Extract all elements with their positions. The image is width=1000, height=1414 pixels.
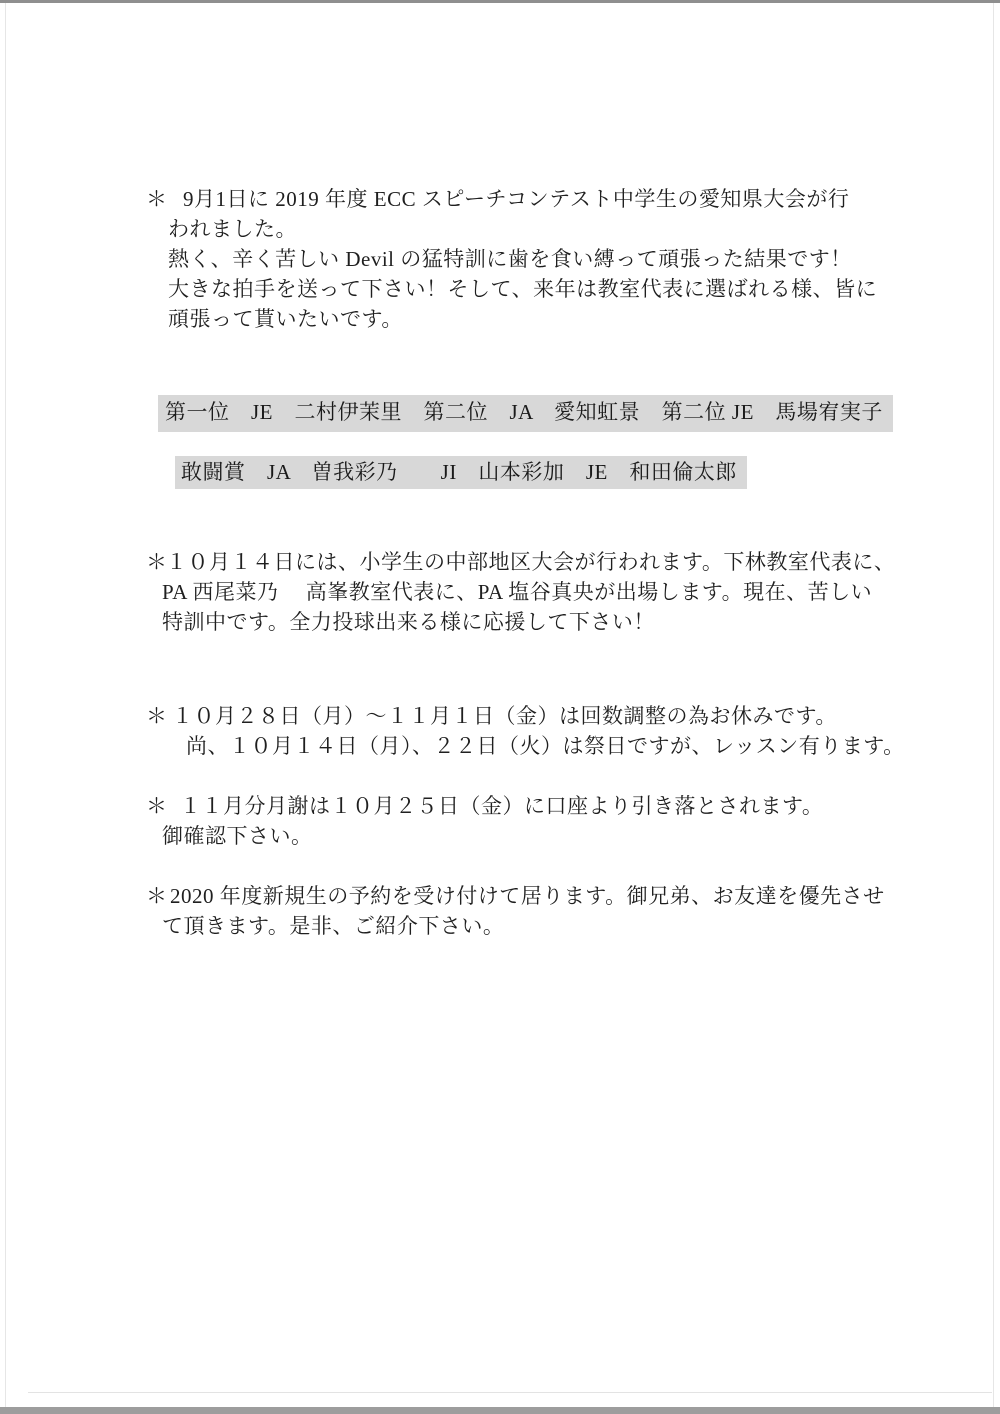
paragraph-line: 2020 年度新規生の予約を受け付けて居ります。御兄弟、お友達を優先させ xyxy=(170,881,1000,911)
scan-hairline-bottom xyxy=(28,1392,992,1393)
paragraph-line: 大きな拍手を送って下さい！そして、来年は教室代表に選ばれる様、皆に xyxy=(168,274,1000,304)
paragraph-line: １０月１４日には、小学生の中部地区大会が行われます。下林教室代表に、 xyxy=(166,547,1000,577)
paragraph-line: 9月1日に 2019 年度 ECC スピーチコンテスト中学生の愛知県大会が行 xyxy=(183,184,1000,214)
paragraph-line: １０月２８日（月）～１１月１日（金）は回数調整の為お休みです。 xyxy=(172,701,1000,731)
asterisk-bullet: ＊ xyxy=(146,701,168,731)
paragraph-lines: １１月分月謝は１０月２５日（金）に口座より引き落とされます。 御確認下さい。 xyxy=(162,791,1000,851)
asterisk-bullet: ＊ xyxy=(146,791,168,821)
paragraph-lines: １０月１４日には、小学生の中部地区大会が行われます。下林教室代表に、 PA 西尾… xyxy=(162,547,1000,637)
paragraph-line: て頂きます。是非、ご紹介下さい。 xyxy=(162,911,1000,941)
notice-new-students-2020: ＊ 2020 年度新規生の予約を受け付けて居ります。御兄弟、お友達を優先させ て… xyxy=(0,881,1000,941)
asterisk-bullet: ＊ xyxy=(146,184,168,214)
notice-tuition-debit: ＊ １１月分月謝は１０月２５日（金）に口座より引き落とされます。 御確認下さい。 xyxy=(0,791,1000,851)
paragraph-line: 頑張って貰いたいです。 xyxy=(168,304,1000,334)
notice-chubu-district: ＊ １０月１４日には、小学生の中部地区大会が行われます。下林教室代表に、 PA … xyxy=(0,547,1000,637)
paragraph-line: 尚、１０月１４日（月）、２２日（火）は祭日ですが、レッスン有ります。 xyxy=(186,731,1000,761)
paragraph-lines: 9月1日に 2019 年度 ECC スピーチコンテスト中学生の愛知県大会が行 わ… xyxy=(168,184,1000,334)
asterisk-bullet: ＊ xyxy=(146,547,168,577)
paragraph-lines: 2020 年度新規生の予約を受け付けて居ります。御兄弟、お友達を優先させ て頂き… xyxy=(162,881,1000,941)
paragraph-line: PA 西尾菜乃 高峯教室代表に、PA 塩谷真央が出場します。現在、苦しい xyxy=(162,577,1000,607)
notice-speech-contest: ＊ 9月1日に 2019 年度 ECC スピーチコンテスト中学生の愛知県大会が行… xyxy=(0,184,1000,334)
scan-frame-bottom xyxy=(0,1407,1000,1414)
scan-frame-top xyxy=(0,0,1000,3)
paragraph-line: １１月分月謝は１０月２５日（金）に口座より引き落とされます。 xyxy=(180,791,1000,821)
paragraph-line: 特訓中です。全力投球出来る様に応援して下さい！ xyxy=(162,607,1000,637)
paragraph-line: 御確認下さい。 xyxy=(162,821,1000,851)
scanned-page: ＊ 9月1日に 2019 年度 ECC スピーチコンテスト中学生の愛知県大会が行… xyxy=(0,0,1000,1414)
paragraph-line: 熱く、辛く苦しい Devil の猛特訓に歯を食い縛って頑張った結果です！ xyxy=(168,244,1000,274)
contest-results-line-1: 第一位 JE 二村伊茉里 第二位 JA 愛知虹景 第二位 JE 馬場宥実子 xyxy=(158,395,893,432)
contest-results-line-2: 敢闘賞 JA 曽我彩乃 JI 山本彩加 JE 和田倫太郎 xyxy=(175,456,747,489)
asterisk-bullet: ＊ xyxy=(146,881,168,911)
paragraph-line: われました。 xyxy=(168,214,1000,244)
notice-holiday-adjustment: ＊ １０月２８日（月）～１１月１日（金）は回数調整の為お休みです。 尚、１０月１… xyxy=(0,701,1000,761)
paragraph-lines: １０月２８日（月）～１１月１日（金）は回数調整の為お休みです。 尚、１０月１４日… xyxy=(172,701,1000,761)
